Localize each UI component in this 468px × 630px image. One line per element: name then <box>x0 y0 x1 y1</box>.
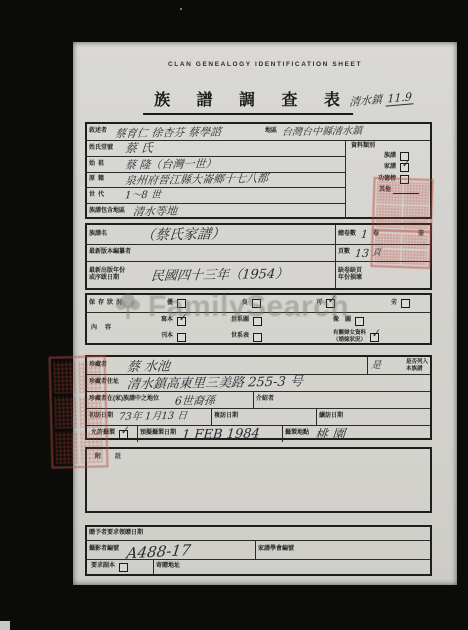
checkbox <box>177 333 186 342</box>
permission-label: 允許攝製 <box>89 429 117 438</box>
address-value: 清水鎮高東里三美路 255-3 号 <box>126 375 303 391</box>
generation-value: 1～8 世 <box>125 190 162 201</box>
generation-label: 世代 <box>87 191 125 200</box>
row-visits: 初訪日期 73年 1月13 日 複訪日期 續訪日期 <box>87 408 430 425</box>
checkbox: ✓ <box>177 317 186 326</box>
keeper-label: 珍藏者 <box>87 361 119 370</box>
english-header: CLAN GENEALOGY IDENTIFICATION SHEET <box>73 61 457 68</box>
checkmark: ✓ <box>119 423 130 437</box>
content-line2: 刊本 世系表 有關婦女資料 （婚嫁狀況）✓ <box>137 329 430 345</box>
missing-label: 缺卷缺頁 年份損壞 <box>336 267 364 283</box>
content-option: 像 圖 <box>331 316 366 325</box>
section-numbers: 贈予者要求領贈日期 攝影者編號 A488-17 家譜學會編號 要求副本 寄贈地址 <box>85 525 432 576</box>
condition-option: 劣 <box>389 299 412 308</box>
pubdate-label: 最新出版年份 或序跋日期 <box>87 267 137 283</box>
filmdate-value: 1 FEB 1984 <box>181 427 282 442</box>
mailing-label: 寄贈地址 <box>154 562 182 571</box>
title-label: 族譜名 <box>87 230 121 239</box>
copy-label: 要求副本 <box>89 562 117 571</box>
row-title: 族譜名 （蔡氏家譜） <box>87 225 335 244</box>
photographer-value: A488-17 <box>126 539 257 561</box>
row-donor: 贈予者要求領贈日期 <box>87 527 430 540</box>
row-address: 珍藏者住址 清水鎮高東里三美路 255-3 号 <box>87 374 430 391</box>
section-overview: 敘述者 蔡育仁 徐杏芬 蔡學諮 地區 台灣台中縣清水鎮 姓氏堂號 蔡 氏 始祖 … <box>85 122 432 219</box>
checkbox: ✓ <box>119 430 128 439</box>
compiler-value <box>147 251 335 254</box>
surname-value: 蔡 氏 <box>124 142 153 154</box>
option-label: 刊本 <box>159 332 175 341</box>
option-label: 像 圖 <box>331 316 353 325</box>
compiler-label: 最新版本編纂者 <box>87 248 147 257</box>
row-copy: 要求副本 寄贈地址 <box>87 559 430 574</box>
other-blank-line <box>393 186 419 194</box>
visit3-value <box>348 408 431 425</box>
content-option: 世系表 <box>229 332 331 341</box>
content-options: 寫本✓ 世系圖 像 圖 刊本 世系表 有關婦女資料 （婚嫁狀況）✓ <box>137 313 430 345</box>
keeper-value: 蔡 水池 <box>126 357 368 374</box>
scan-dust-speck <box>180 8 182 10</box>
row-condition: 保存狀況 優 良 可✓ 劣 <box>87 295 430 312</box>
row-coverage: 族譜包含地區 清水等地 <box>87 203 345 219</box>
checkbox <box>252 299 261 308</box>
row-narrator: 敘述者 蔡育仁 徐杏芬 蔡學諮 地區 台灣台中縣清水鎮 <box>87 124 430 140</box>
row-ancestor: 始祖 蔡 隆（台灣一世） <box>87 156 345 172</box>
filmplace-label: 攝製地點 <box>283 429 315 438</box>
page-annotation: 清水鎮 11.9 <box>349 91 414 108</box>
scan-frame: { "header": { "english_title": "CLAN GEN… <box>0 0 468 630</box>
checkmark: ✓ <box>400 157 411 171</box>
donor-label: 贈予者要求領贈日期 <box>87 529 145 538</box>
copy-cell: 要求副本 <box>87 560 153 574</box>
category-label: 資料類別 <box>349 142 427 151</box>
condition-options: 優 良 可✓ 劣 <box>135 299 430 308</box>
filmplace-value: 桃 園 <box>314 426 430 441</box>
volumes-unit1: 卷 <box>371 230 381 239</box>
row-surname: 姓氏堂號 蔡 氏 <box>87 141 345 156</box>
checkbox <box>119 563 128 572</box>
row-filming: 允許攝製 ✓ 預擬攝製日期 1 FEB 1984 攝製地點 桃 園 <box>87 425 430 442</box>
category-option-other: 其他 <box>349 186 427 195</box>
notes-label: 附 註 <box>87 449 125 461</box>
option-label: 世系表 <box>229 332 251 341</box>
position-value: 6世裔孫 <box>174 394 253 406</box>
checkbox <box>400 175 409 184</box>
origin-value: 泉州府晉江縣大崙鄉十七八都 <box>124 173 268 186</box>
visit1-label: 初訪日期 <box>87 412 119 421</box>
visit1-value: 73年 1月13 日 <box>118 411 211 423</box>
introducer-value <box>287 391 431 409</box>
mailing-value <box>181 558 431 576</box>
permission-cell: 允許攝製 ✓ <box>87 426 137 442</box>
row-position: 珍藏者在(家)族譜中之地位 6世裔孫 介紹者 <box>87 391 430 408</box>
area-label: 地區 <box>263 127 282 136</box>
scan-artifact <box>0 621 10 630</box>
society-label: 家譜學會編號 <box>256 545 304 554</box>
listed-cell: 是 是否列入 本族譜 <box>368 357 430 374</box>
content-line1: 寫本✓ 世系圖 像 圖 <box>137 313 430 329</box>
option-label: 可 <box>314 299 324 308</box>
section-book: 族譜名 （蔡氏家譜） 最新版本編纂者 最新出版年份 或序跋日期 民國四十三年（1… <box>85 223 432 290</box>
condition-option: 良 <box>240 299 263 308</box>
checkbox <box>401 299 410 308</box>
row-photographer: 攝影者編號 A488-17 家譜學會編號 <box>87 540 430 559</box>
page-annotation-place: 清水鎮 <box>349 93 383 109</box>
overview-left: 姓氏堂號 蔡 氏 始祖 蔡 隆（台灣一世） 原籍 泉州府晉江縣大崙鄉十七八都 世… <box>87 141 345 219</box>
section-condition: 保存狀況 優 良 可✓ 劣 內容 寫本✓ 世系圖 像 圖 刊本 世系表 有關婦女… <box>85 293 432 345</box>
category-box: 資料類別 族譜 家譜 ✓ 功德榜 其他 <box>346 141 430 219</box>
pages-label: 頁數 <box>336 248 352 257</box>
narrator-label: 敘述者 <box>87 127 115 136</box>
coverage-label: 族譜包含地區 <box>87 207 133 216</box>
row-content: 內容 寫本✓ 世系圖 像 圖 刊本 世系表 有關婦女資料 （婚嫁狀況）✓ <box>87 312 430 345</box>
condition-label: 保存狀況 <box>87 299 135 308</box>
category-option: 族譜 <box>349 152 427 161</box>
notes-value <box>125 446 430 451</box>
option-label: 世系圖 <box>229 316 251 325</box>
missing-value <box>364 274 430 275</box>
filmdate-label: 預擬攝製日期 <box>138 429 182 438</box>
coverage-value: 清水等地 <box>132 206 177 218</box>
document-paper: CLAN GENEALOGY IDENTIFICATION SHEET 族 譜 … <box>73 42 457 585</box>
row-missing: 缺卷缺頁 年份損壞 <box>336 261 430 288</box>
checkmark: ✓ <box>326 292 337 306</box>
row-pages: 頁數 13 頁 <box>336 244 430 261</box>
volumes-value: 1 <box>361 229 369 240</box>
content-option: 刊本 <box>137 332 229 341</box>
checkbox <box>177 299 186 308</box>
notes-body: 附 註 <box>87 449 430 511</box>
option-label: 功德榜 <box>376 175 398 184</box>
checkbox: ✓ <box>400 163 409 172</box>
checkbox <box>253 317 262 326</box>
option-label: 有關婦女資料 （婚嫁狀況） <box>331 329 368 344</box>
position-label: 珍藏者在(家)族譜中之地位 <box>87 395 175 404</box>
option-label: 優 <box>165 299 175 308</box>
visit3-label: 續訪日期 <box>317 412 349 421</box>
section-notes: 附 註 <box>85 447 432 513</box>
category-option: 家譜 ✓ <box>349 163 427 172</box>
row-compiler: 最新版本編纂者 <box>87 244 335 261</box>
checkbox <box>355 317 364 326</box>
listed-label: 是否列入 本族譜 <box>404 358 430 373</box>
option-label: 良 <box>240 299 250 308</box>
option-label: 寫本 <box>159 316 175 325</box>
checkbox: ✓ <box>326 299 335 308</box>
condition-option: 優 <box>165 299 188 308</box>
origin-label: 原籍 <box>87 175 125 184</box>
row-volumes: 總卷數 1 卷 冊 <box>336 225 430 244</box>
pages-value: 13 <box>355 247 370 258</box>
visit2-label: 複訪日期 <box>212 412 244 421</box>
row-origin: 原籍 泉州府晉江縣大崙鄉十七八都 <box>87 172 345 188</box>
society-value <box>303 540 431 560</box>
content-option: 寫本✓ <box>137 316 229 325</box>
checkbox <box>253 333 262 342</box>
address-label: 珍藏者住址 <box>87 378 127 387</box>
condition-option: 可✓ <box>314 299 337 308</box>
book-left: 族譜名 （蔡氏家譜） 最新版本編纂者 最新出版年份 或序跋日期 民國四十三年（1… <box>87 225 335 288</box>
content-label: 內容 <box>87 324 137 333</box>
narrator-value: 蔡育仁 徐杏芬 蔡學諮 <box>114 125 263 139</box>
option-label: 族譜 <box>382 152 398 161</box>
ancestor-label: 始祖 <box>87 160 125 169</box>
option-label: 劣 <box>389 299 399 308</box>
option-label: 其他 <box>377 186 393 195</box>
checkbox: ✓ <box>370 333 379 342</box>
row-pubdate: 最新出版年份 或序跋日期 民國四十三年（1954） <box>87 261 335 288</box>
content-option: 世系圖 <box>229 316 331 325</box>
volumes-label: 總卷數 <box>336 230 358 239</box>
page-annotation-number: 11.9 <box>385 90 414 107</box>
photographer-label: 攝影者編號 <box>87 545 127 554</box>
checkmark: ✓ <box>177 310 188 324</box>
visit2-value <box>243 408 317 425</box>
overview-body: 姓氏堂號 蔡 氏 始祖 蔡 隆（台灣一世） 原籍 泉州府晉江縣大崙鄉十七八都 世… <box>87 140 430 219</box>
section-keeper: 珍藏者 蔡 水池 是 是否列入 本族譜 珍藏者住址 清水鎮高東里三美路 255-… <box>85 355 432 440</box>
introducer-label: 介紹者 <box>254 395 288 404</box>
surname-label: 姓氏堂號 <box>87 144 125 153</box>
area-value: 台灣台中縣清水鎮 <box>281 126 430 139</box>
category-option: 功德榜 <box>349 175 427 184</box>
row-generation: 世代 1～8 世 <box>87 187 345 203</box>
book-right: 總卷數 1 卷 冊 頁數 13 頁 缺卷缺頁 年份損壞 <box>336 225 430 288</box>
option-label: 家譜 <box>382 163 398 172</box>
book-body: 族譜名 （蔡氏家譜） 最新版本編纂者 最新出版年份 或序跋日期 民國四十三年（1… <box>87 225 430 288</box>
title-value: （蔡氏家譜） <box>140 227 225 242</box>
content-option-women: 有關婦女資料 （婚嫁狀況）✓ <box>331 329 381 344</box>
volumes-unit2: 冊 <box>416 230 426 239</box>
form-title: 族 譜 調 查 表 <box>143 87 353 115</box>
listed-value: 是 <box>371 360 382 370</box>
row-keeper: 珍藏者 蔡 水池 是 是否列入 本族譜 <box>87 357 430 374</box>
ancestor-value: 蔡 隆（台灣一世） <box>124 158 217 171</box>
pubdate-value: 民國四十三年（1954） <box>150 267 288 282</box>
pages-unit: 頁 <box>372 248 382 257</box>
